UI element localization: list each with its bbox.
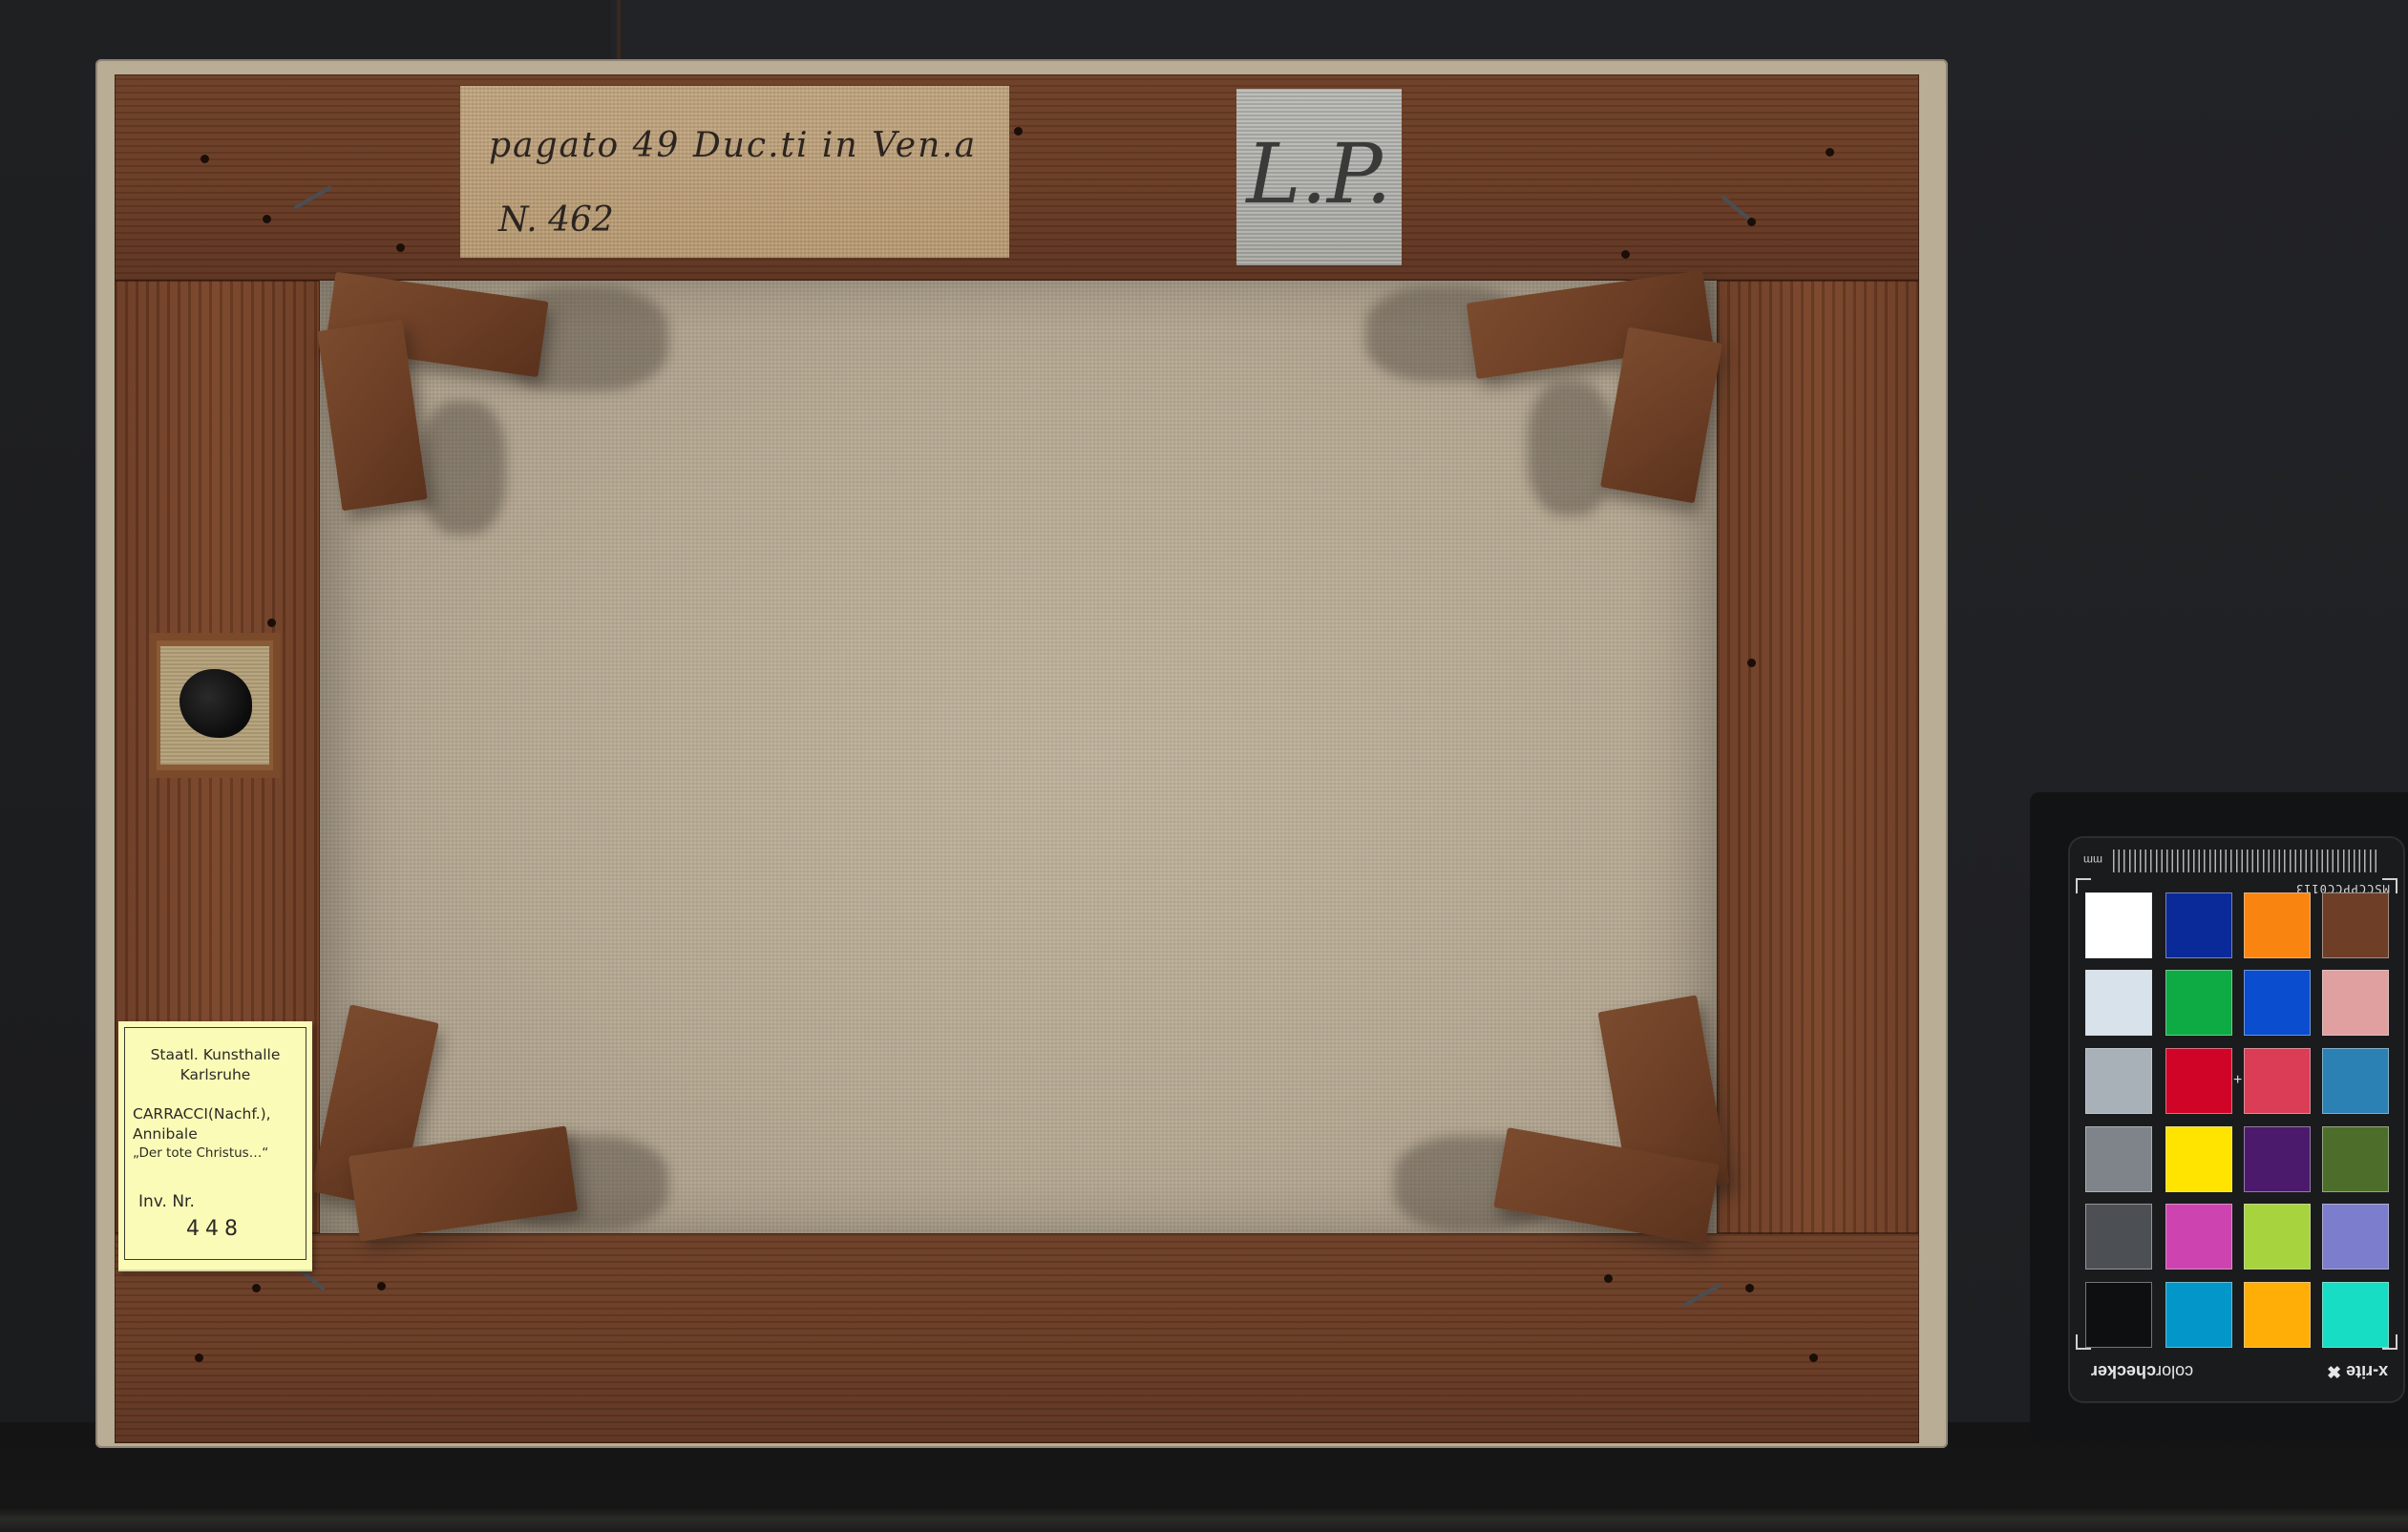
color-patch [2085,970,2152,1036]
artist-line-2: Annibale [133,1124,271,1144]
color-patch [2322,892,2389,958]
stretcher-bar-bottom [115,1233,1919,1443]
color-patch [2322,1126,2389,1192]
backdrop-seam [617,0,621,67]
handwritten-linen-label: pagato 49 Duc.ti in Ven.a N. 462 [460,86,1009,258]
key-shadow [420,401,506,535]
color-patch [2165,1204,2232,1270]
artist-name: CARRACCI(Nachf.), Annibale [133,1104,271,1144]
wormhole [377,1282,386,1291]
color-patch [2322,970,2389,1036]
xrite-mark-icon: ✖ [2327,1362,2341,1381]
color-patch [2322,1048,2389,1114]
logo-prefix: color [2156,1362,2193,1381]
color-patch [2085,1048,2152,1114]
color-patch [2244,892,2311,958]
color-patch [2165,970,2232,1036]
seal-cloth [160,646,269,765]
color-patch [2165,1126,2232,1192]
xrite-text: x-rite [2346,1362,2388,1381]
color-patch [2165,1282,2232,1348]
wormhole [1809,1354,1818,1362]
stretcher-bar-right [1717,281,1919,1233]
wormhole [1014,127,1023,136]
color-patch [2244,1282,2311,1348]
wormhole [201,155,209,163]
wormhole [1745,1284,1754,1292]
colorchecker-logo: colorchecker [2091,1361,2193,1381]
logo-suffix: checker [2091,1362,2156,1381]
color-patch [2244,1126,2311,1192]
color-patch [2085,1204,2152,1270]
artist-line-1: CARRACCI(Nachf.), [133,1104,271,1124]
stretcher-bar-top [115,74,1919,281]
wormhole [1747,218,1756,226]
wormhole [396,243,405,252]
wormhole [1621,250,1630,259]
wormhole [1604,1274,1613,1283]
wax-seal-icon [180,669,252,738]
wormhole [267,619,276,627]
color-patch [2322,1282,2389,1348]
wormhole [195,1354,203,1362]
wormhole [1747,659,1756,667]
initials-label: L.P. [1236,89,1402,265]
color-patch [2085,1282,2152,1348]
registration-mark-icon [2382,878,2397,893]
wormhole [1826,148,1834,157]
color-patch [2322,1204,2389,1270]
color-patch [2165,892,2232,958]
wormhole [252,1284,261,1292]
inventory-label: Inv. Nr. [138,1192,195,1211]
institution-line-2: Karlsruhe [125,1065,306,1085]
crosshair-icon: + [2233,1073,2242,1088]
museum-label-frame: Staatl. Kunsthalle Karlsruhe CARRACCI(Na… [124,1027,306,1260]
registration-mark-icon [2076,878,2091,893]
mm-ruler [2113,850,2380,872]
color-patch [2244,1204,2311,1270]
inventory-number: 448 [186,1217,243,1241]
wormhole [263,215,271,223]
color-patch [2165,1048,2232,1114]
color-patch [2244,1048,2311,1114]
xrite-logo: x-rite ✖ [2327,1361,2388,1381]
color-patch [2244,970,2311,1036]
color-patch [2085,892,2152,958]
institution-line-1: Staatl. Kunsthalle [125,1045,306,1065]
institution-name: Staatl. Kunsthalle Karlsruhe [125,1045,306,1085]
seal-plaque [149,633,281,778]
color-checker-card: mm MSCCPPCC0113 + colorchecker x-rite ✖ [2070,838,2403,1401]
canvas-back [320,281,1717,1233]
ruler-unit: mm [2083,853,2102,867]
artwork-title: „Der tote Christus…“ [133,1145,268,1161]
color-patch [2085,1126,2152,1192]
museum-inventory-label: Staatl. Kunsthalle Karlsruhe CARRACCI(Na… [118,1021,312,1270]
handwritten-line-1: pagato 49 Duc.ti in Ven.a [489,126,977,165]
handwritten-line-2: N. 462 [498,200,614,240]
key-shadow [1528,382,1614,515]
